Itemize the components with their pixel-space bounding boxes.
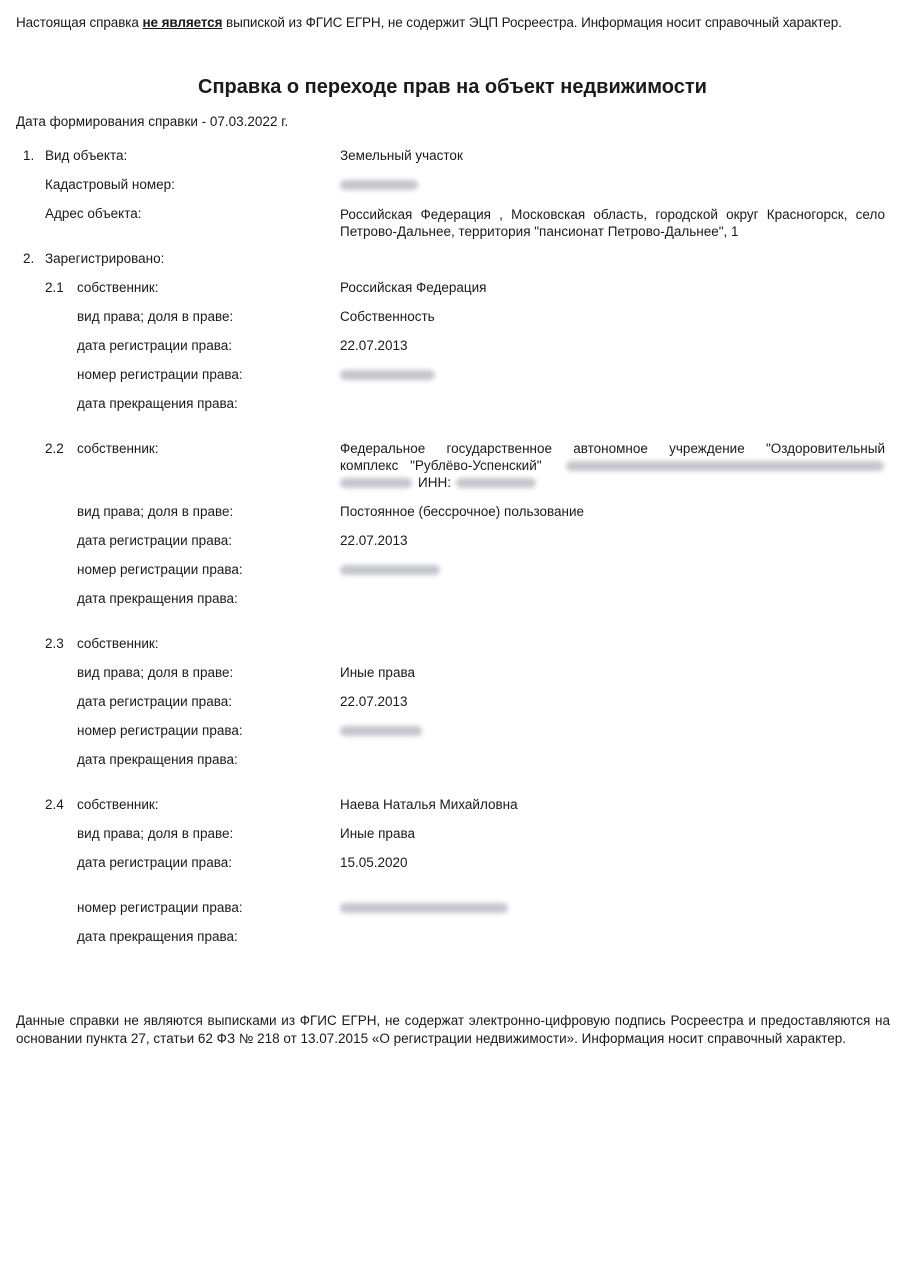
right-type-value: Постоянное (бессрочное) пользование: [340, 504, 584, 519]
owner-label: собственник:: [77, 636, 159, 651]
section-2-number: 2.: [23, 251, 34, 266]
right-type-label: вид права; доля в праве:: [77, 665, 233, 680]
right-type-label: вид права; доля в праве:: [77, 309, 233, 324]
owner-value-line1: Федеральное государственное автономное у…: [340, 441, 885, 456]
end-date-label: дата прекращения права:: [77, 929, 238, 944]
owner-number: 2.2: [45, 441, 64, 456]
reg-number-label: номер регистрации права:: [77, 367, 243, 382]
object-type-value: Земельный участок: [340, 148, 463, 163]
cadastral-value-redacted: [340, 180, 418, 190]
owner-label: собственник:: [77, 441, 159, 456]
end-date-label: дата прекращения права:: [77, 752, 238, 767]
owner-number: 2.3: [45, 636, 64, 651]
reg-number-redacted: [340, 370, 435, 380]
generation-date: Дата формирования справки - 07.03.2022 г…: [16, 114, 288, 129]
top-disclaimer: Настоящая справка не является выпиской и…: [16, 15, 842, 30]
address-label: Адрес объекта:: [45, 206, 141, 221]
registered-label: Зарегистрировано:: [45, 251, 164, 266]
right-type-label: вид права; доля в праве:: [77, 504, 233, 519]
owner-detail-redacted-2: [340, 478, 412, 488]
end-date-label: дата прекращения права:: [77, 396, 238, 411]
inn-value-redacted: [456, 478, 536, 488]
address-value: Российская Федерация , Московская област…: [340, 206, 885, 240]
owner-detail-redacted: [566, 461, 884, 471]
reg-date-value: 22.07.2013: [340, 694, 408, 709]
reg-number-redacted: [340, 565, 440, 575]
reg-date-value: 22.07.2013: [340, 533, 408, 548]
owner-number: 2.4: [45, 797, 64, 812]
reg-date-label: дата регистрации права:: [77, 338, 232, 353]
owner-name-part: комплекс "Рублёво-Успенский": [340, 458, 542, 473]
object-type-label: Вид объекта:: [45, 148, 127, 163]
owner-value: Наева Наталья Михайловна: [340, 797, 518, 812]
disclaimer-suffix: выпиской из ФГИС ЕГРН, не содержит ЭЦП Р…: [222, 15, 841, 30]
reg-number-label: номер регистрации права:: [77, 900, 243, 915]
reg-number-label: номер регистрации права:: [77, 723, 243, 738]
reg-date-label: дата регистрации права:: [77, 855, 232, 870]
disclaimer-prefix: Настоящая справка: [16, 15, 142, 30]
cadastral-label: Кадастровый номер:: [45, 177, 175, 192]
reg-number-redacted: [340, 726, 422, 736]
owner-number: 2.1: [45, 280, 64, 295]
right-type-value: Иные права: [340, 826, 415, 841]
section-1-number: 1.: [23, 148, 34, 163]
owner-label: собственник:: [77, 280, 159, 295]
reg-number-label: номер регистрации права:: [77, 562, 243, 577]
right-type-label: вид права; доля в праве:: [77, 826, 233, 841]
end-date-label: дата прекращения права:: [77, 591, 238, 606]
right-type-value: Иные права: [340, 665, 415, 680]
reg-date-value: 15.05.2020: [340, 855, 408, 870]
document-title: Справка о переходе прав на объект недвиж…: [0, 76, 905, 99]
reg-date-value: 22.07.2013: [340, 338, 408, 353]
owner-value-line2: комплекс "Рублёво-Успенский": [340, 458, 542, 473]
reg-date-label: дата регистрации права:: [77, 533, 232, 548]
reg-number-redacted: [340, 903, 508, 913]
reg-date-label: дата регистрации права:: [77, 694, 232, 709]
owner-value: Российская Федерация: [340, 280, 486, 295]
disclaimer-emphasis: не является: [142, 15, 222, 30]
owner-label: собственник:: [77, 797, 159, 812]
right-type-value: Собственность: [340, 309, 435, 324]
inn-label: ИНН:: [418, 475, 451, 490]
footer-disclaimer: Данные справки не являются выписками из …: [16, 1012, 890, 1047]
